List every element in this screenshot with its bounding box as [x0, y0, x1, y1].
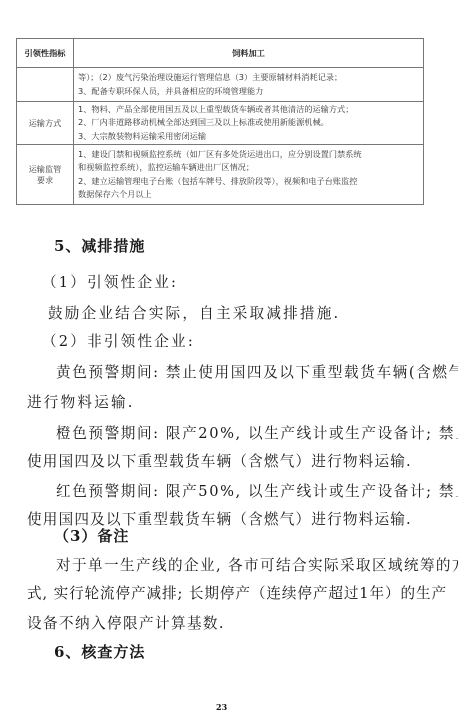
label-line: 要求	[17, 175, 73, 186]
label-line: 运输监管	[17, 164, 73, 175]
paragraph-non-leading-enterprise: （2）非引领性企业:	[42, 330, 195, 351]
note-line-2: 式, 实行轮流停产减排; 长期停产（连续停产超过1年）的生产	[27, 582, 447, 603]
row-line: 2、厂内非道路移动机械全部达到国三及以上标准或使用新能源机械。	[78, 116, 419, 130]
table-row: 运输监管 要求 1、建设门禁和视频监控系统（如厂区有多处货运进出口，应分别设置门…	[17, 145, 424, 205]
table-row: 等）；（2）废气污染治理设施运行管理信息（3）主要原辅材料消耗记录； 3、配备专…	[17, 68, 424, 102]
section-6-title: 6、核查方法	[54, 641, 145, 662]
paragraph-leading-enterprise: （1）引领性企业:	[42, 271, 178, 292]
row-line: 3、大宗散装物料运输采用密闭运输	[78, 130, 419, 144]
row-line: 数据保存六个月以上	[78, 188, 419, 202]
row-line: 2、建立运输管理电子台账（包括车牌号、排放阶段等），视频和电子台账监控	[78, 175, 419, 189]
orange-alert-line-1: 橙色预警期间: 限产20%, 以生产线计或生产设备计; 禁止	[56, 422, 458, 443]
row-content: 1、物料、产品全部使用国五及以上重型载货车辆或者其他清洁的运输方式； 2、厂内非…	[74, 102, 424, 145]
red-alert-line-1: 红色预警期间: 限产50%, 以生产线计或生产设备计; 禁止	[56, 480, 458, 501]
row-line: 和视频监控系统），监控运输车辆进出厂区情况；	[78, 161, 419, 175]
row-line: 等）；（2）废气污染治理设施运行管理信息（3）主要原辅材料消耗记录；	[78, 71, 419, 85]
page-number: 23	[216, 702, 227, 712]
note-line-3: 设备不纳入停限产计算基数.	[27, 612, 225, 633]
row-line: 1、建设门禁和视频监控系统（如厂区有多处货运进出口，应分别设置门禁系统	[78, 148, 419, 162]
row-label-transport-supervision: 运输监管 要求	[17, 145, 74, 205]
table-row: 运输方式 1、物料、产品全部使用国五及以上重型载货车辆或者其他清洁的运输方式； …	[17, 102, 424, 145]
row-label	[17, 68, 74, 102]
row-content: 等）；（2）废气污染治理设施运行管理信息（3）主要原辅材料消耗记录； 3、配备专…	[74, 68, 424, 102]
note-line-1: 对于单一生产线的企业, 各市可结合实际采取区域统筹的方	[56, 554, 458, 575]
orange-alert-line-2: 使用国四及以下重型载货车辆（含燃气）进行物料运输.	[27, 450, 412, 471]
header-feed-processing: 饲料加工	[74, 39, 424, 68]
paragraph-encourage: 鼓励企业结合实际，自主采取减排措施.	[48, 302, 340, 323]
row-line: 1、物料、产品全部使用国五及以上重型载货车辆或者其他清洁的运输方式；	[78, 103, 419, 117]
note-title: （3）备注	[54, 525, 129, 546]
row-content: 1、建设门禁和视频监控系统（如厂区有多处货运进出口，应分别设置门禁系统 和视频监…	[74, 145, 424, 205]
row-line: 3、配备专职环保人员，并具备相应的环境管理能力	[78, 85, 419, 99]
row-label-transport-mode: 运输方式	[17, 102, 74, 145]
table-header-row: 引领性指标 饲料加工	[17, 39, 424, 68]
indicator-table: 引领性指标 饲料加工 等）；（2）废气污染治理设施运行管理信息（3）主要原辅材料…	[16, 38, 424, 205]
section-5-title: 5、减排措施	[54, 235, 145, 256]
yellow-alert-line-1: 黄色预警期间: 禁止使用国四及以下重型载货车辆(含燃气）	[56, 361, 458, 382]
header-indicator: 引领性指标	[17, 39, 74, 68]
yellow-alert-line-2: 进行物料运输.	[27, 391, 135, 412]
